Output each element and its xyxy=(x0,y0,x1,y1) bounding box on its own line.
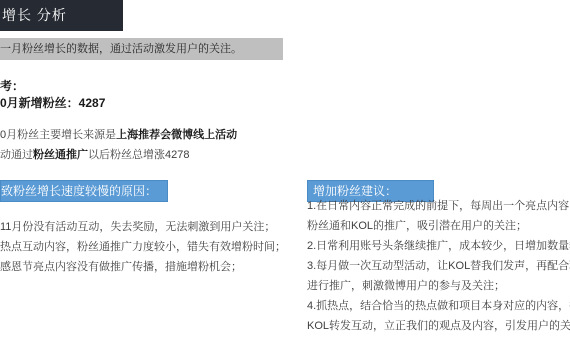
slide-page: 增长 分析 一月粉丝增长的数据，通过活动激发用户的关注。 考： 0月新增粉丝：4… xyxy=(0,0,570,360)
suggestion-line: 2.日常利用账号头条继续推广，成本较少，日增加数量较 xyxy=(307,236,570,256)
suggestion-line: 3.每月做一次互动型活动，让KOL替我们发声，再配合粉 xyxy=(307,256,570,276)
slide-subtitle: 一月粉丝增长的数据，通过活动激发用户的关注。 xyxy=(0,38,283,60)
reason-line: 11月份没有活动互动，失去奖励，无法刺激到用户关注； xyxy=(0,217,300,237)
reason-line: 热点互动内容，粉丝通推广力度较小，错失有效增粉时间； xyxy=(0,237,300,257)
growth-source-line: 0月粉丝主要增长来源是上海推荐会微博线上活动 xyxy=(0,126,237,142)
new-fans-stat: 0月新增粉丝：4287 xyxy=(0,94,105,111)
suggestion-line: 1.在日常内容正常完成的前提下，每周出一个亮点内容， xyxy=(307,196,570,216)
reference-label: 考： xyxy=(0,77,24,94)
suggestion-line: 4.抓热点，结合恰当的热点做和项目本身对应的内容，找 xyxy=(307,296,570,316)
slide-title: 增长 分析 xyxy=(0,0,123,31)
suggestion-line: 粉丝通和KOL的推广，吸引潜在用户的关注； xyxy=(307,216,570,236)
suggestion-line: KOL转发互动，立正我们的观点及内容，引发用户的关注 xyxy=(307,316,570,336)
growth-source-prefix: 0月粉丝主要增长来源是 xyxy=(0,129,116,141)
slow-growth-reasons-list: 11月份没有活动互动，失去奖励，无法刺激到用户关注； 热点互动内容，粉丝通推广力… xyxy=(0,217,300,277)
promo-result-suffix: 以后粉丝总增涨4278 xyxy=(88,149,189,161)
growth-source-highlight: 上海推荐会微博线上活动 xyxy=(116,129,237,141)
slow-growth-reasons-header: 致粉丝增长速度较慢的原因： xyxy=(0,180,168,202)
promo-result-line: 动通过粉丝通推广以后粉丝总增涨4278 xyxy=(0,146,189,162)
promo-result-highlight: 粉丝通推广 xyxy=(33,149,88,161)
reason-line: 感恩节亮点内容没有做推广传播，措施增粉机会； xyxy=(0,257,300,277)
suggestion-line: 进行推广，刺激微博用户的参与及关注； xyxy=(307,276,570,296)
promo-result-prefix: 动通过 xyxy=(0,149,33,161)
fan-increase-suggestions-list: 1.在日常内容正常完成的前提下，每周出一个亮点内容， 粉丝通和KOL的推广，吸引… xyxy=(307,196,570,336)
